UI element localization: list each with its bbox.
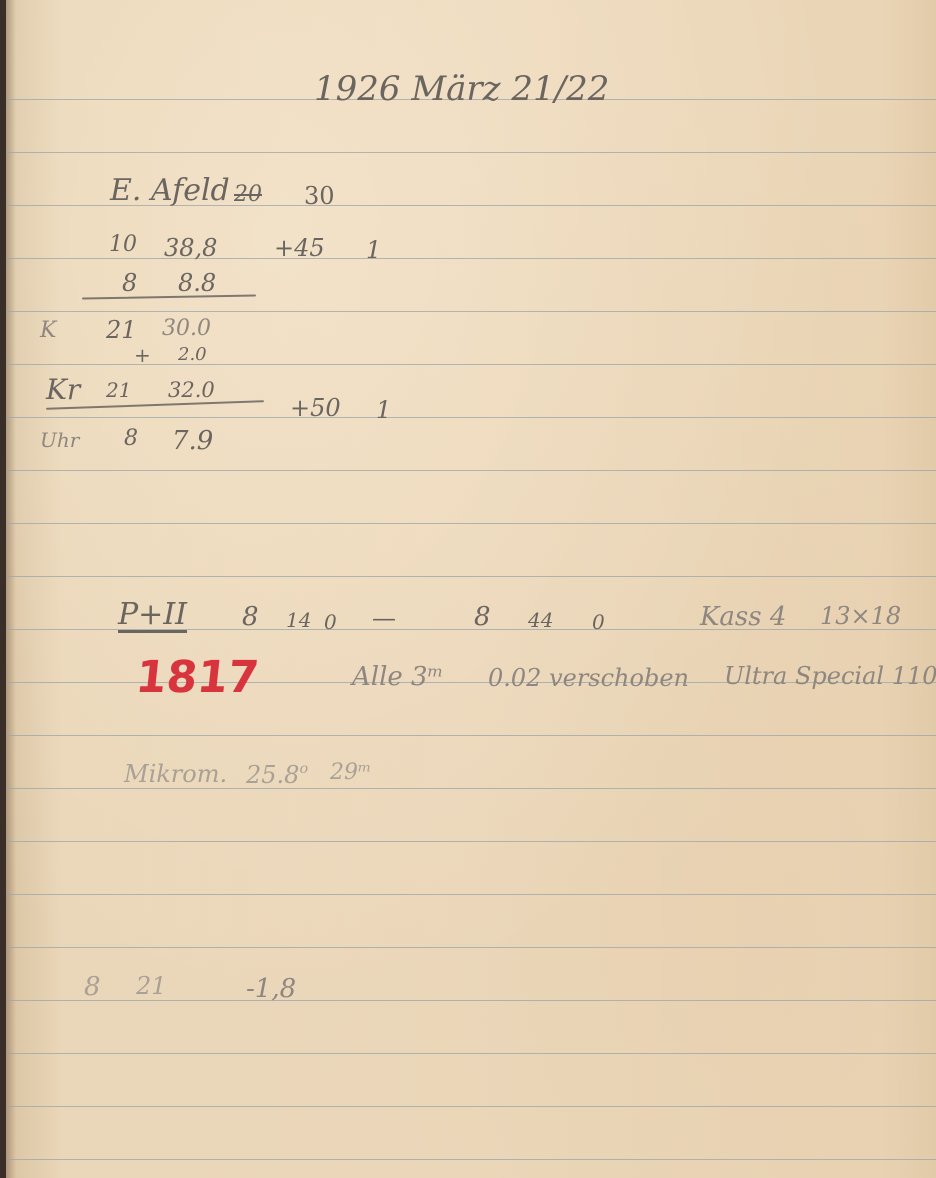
block2-row1-start-h: 8 bbox=[242, 604, 259, 630]
ruled-line bbox=[6, 1000, 936, 1001]
block1-row5-prefix: Kr bbox=[46, 376, 80, 404]
page-title: 1926 März 21/22 bbox=[314, 72, 609, 106]
block1-row5-col4: 1 bbox=[376, 398, 391, 422]
ruled-line bbox=[6, 788, 936, 789]
ruled-line bbox=[6, 841, 936, 842]
block2-row1-start-s: 0 bbox=[324, 612, 337, 632]
ruled-line bbox=[6, 1053, 936, 1054]
block2-row1-label: P+II bbox=[118, 600, 187, 630]
block2-row1-kassette: Kass 4 bbox=[700, 604, 786, 630]
ruled-line bbox=[6, 258, 936, 259]
notebook-page: 1926 März 21/22 E. Afeld 20 30 10 38,8 +… bbox=[6, 0, 936, 1178]
block2-row1-end-h: 8 bbox=[474, 604, 491, 630]
ruled-line bbox=[6, 947, 936, 948]
ruled-line bbox=[6, 576, 936, 577]
block1-sum-line-1 bbox=[82, 294, 256, 299]
block1-row4-col2: 2.0 bbox=[178, 346, 207, 364]
block1-row6-prefix: Uhr bbox=[40, 430, 79, 450]
block2-row3-value: 25.8o bbox=[246, 762, 308, 787]
ruled-line bbox=[6, 523, 936, 524]
ruled-line bbox=[6, 1106, 936, 1107]
block1-row1-col1: 10 bbox=[109, 234, 137, 256]
block1-row4-op: + bbox=[134, 345, 151, 365]
ruled-line bbox=[6, 152, 936, 153]
block1-header-value: 30 bbox=[304, 184, 335, 208]
block1-row1-col4: 1 bbox=[366, 238, 381, 262]
block3-col3: -1,8 bbox=[246, 976, 296, 1002]
block1-row1-col2: 38,8 bbox=[164, 236, 217, 260]
block3-col1: 8 bbox=[84, 974, 101, 1000]
block2-row3-label: Mikrom. bbox=[124, 762, 227, 786]
block2-row1-end-s: 0 bbox=[592, 612, 605, 632]
block1-row3-col1: 21 bbox=[106, 318, 137, 342]
block1-header-label: E. Afeld bbox=[110, 176, 230, 206]
micrometer-value: 25.8 bbox=[246, 761, 299, 789]
binding-shadow bbox=[6, 0, 16, 1178]
ruled-line bbox=[6, 894, 936, 895]
ruled-line bbox=[6, 735, 936, 736]
block2-row3-note: 29ᵐ bbox=[330, 762, 372, 784]
block1-header-struck-value: 20 bbox=[234, 184, 262, 206]
block1-row5-col3: +50 bbox=[290, 396, 341, 420]
block1-row6-col1: 8 bbox=[124, 428, 138, 450]
ruled-line bbox=[6, 311, 936, 312]
block1-row6-col2: 7.9 bbox=[172, 428, 213, 454]
ruled-line bbox=[6, 1159, 936, 1160]
block2-row1-dash: — bbox=[372, 606, 396, 630]
block1-row3-col2: 30.0 bbox=[162, 318, 211, 340]
block2-row2-note3: Ultra Special 1107 bbox=[724, 664, 936, 688]
block1-row3-prefix: K bbox=[40, 320, 56, 342]
ruled-line bbox=[6, 417, 936, 418]
block2-row1-format: 13×18 bbox=[820, 604, 901, 628]
block2-row1-end-m: 44 bbox=[528, 610, 553, 630]
block2-row2-note1: Alle 3ᵐ bbox=[352, 664, 444, 690]
block1-row5-col1: 21 bbox=[106, 380, 131, 400]
block1-row2-col2: 8.8 bbox=[178, 271, 216, 295]
block1-row1-col3: +45 bbox=[274, 236, 325, 260]
block1-row5-col2: 32.0 bbox=[168, 380, 215, 401]
block3-col2: 21 bbox=[136, 974, 167, 998]
ruled-line bbox=[6, 470, 936, 471]
block1-row2-col1: 8 bbox=[122, 271, 137, 295]
degree-mark: o bbox=[299, 761, 308, 777]
block2-plate-number: 1817 bbox=[134, 656, 261, 700]
block2-row1-start-m: 14 bbox=[286, 610, 311, 630]
block2-row2-note2: 0.02 verschoben bbox=[488, 666, 689, 690]
